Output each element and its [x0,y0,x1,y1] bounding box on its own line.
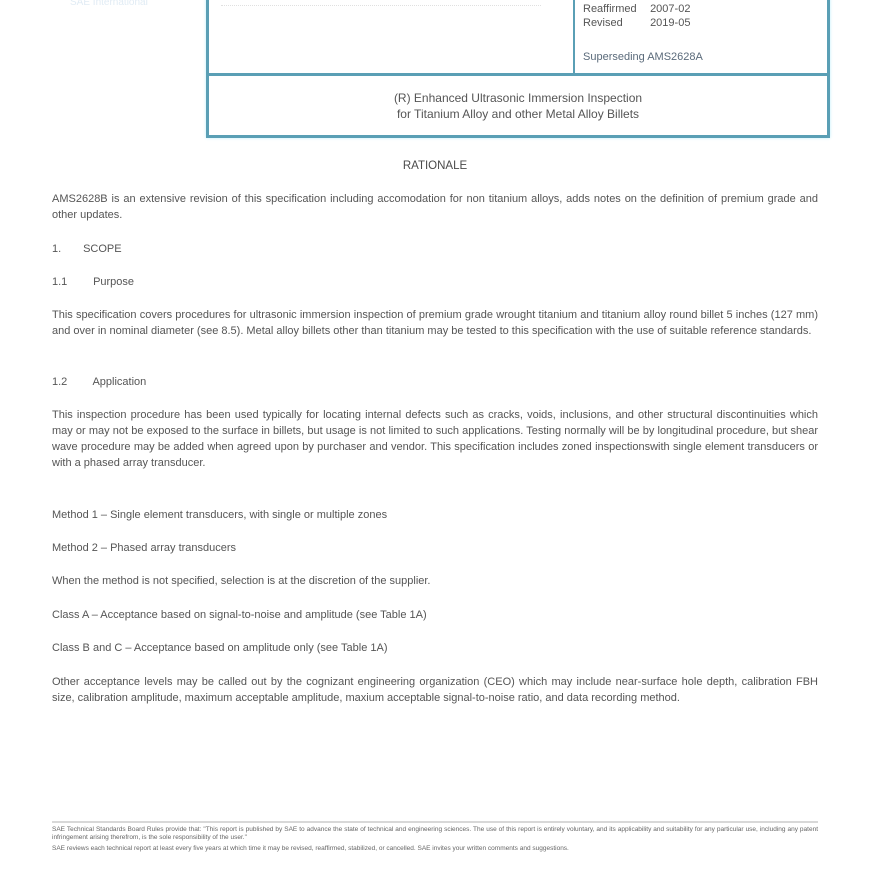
purpose-text: This specification covers procedures for… [52,307,818,339]
other-acceptance-text: Other acceptance levels may be called ou… [52,674,818,706]
method-2-text: Method 2 – Phased array transducers [52,540,818,556]
section-number: 1.2 [52,374,90,390]
header-faint-text [221,0,541,6]
rationale-heading: RATIONALE [0,160,870,172]
title-line-2: for Titanium Alloy and other Metal Alloy… [209,106,827,122]
document-header-box: Reaffirmed 2007-02 Revised 2019-05 Super… [206,0,830,138]
date-value: 2019-05 [650,17,690,29]
footer-disclaimer: SAE Technical Standards Board Rules prov… [52,826,818,842]
class-bc-text: Class B and C – Acceptance based on ampl… [52,640,818,656]
section-title: SCOPE [83,243,122,255]
section-number: 1. [52,241,80,257]
title-line-1: (R) Enhanced Ultrasonic Immersion Inspec… [209,90,827,106]
header-top-section: Reaffirmed 2007-02 Revised 2019-05 Super… [209,0,827,76]
method-note-text: When the method is not specified, select… [52,573,818,589]
section-title: Purpose [93,276,134,288]
footer-review-note: SAE reviews each technical report at lea… [52,845,818,853]
date-row-revised: Revised 2019-05 [583,17,690,29]
date-row-reaffirmed: Reaffirmed 2007-02 [583,3,690,15]
section-scope-heading: 1. SCOPE [52,241,122,257]
section-title: Application [92,376,146,388]
document-footer: SAE Technical Standards Board Rules prov… [52,826,818,856]
document-title: (R) Enhanced Ultrasonic Immersion Inspec… [209,76,827,136]
application-text: This inspection procedure has been used … [52,407,818,471]
class-a-text: Class A – Acceptance based on signal-to-… [52,607,818,623]
section-number: 1.1 [52,274,90,290]
footer-divider [52,821,818,823]
section-application-heading: 1.2 Application [52,374,146,390]
superseding-note: Superseding AMS2628A [583,51,703,63]
sae-logo: SAE International [70,0,180,3]
header-dates-cell: Reaffirmed 2007-02 Revised 2019-05 Super… [573,0,827,73]
method-1-text: Method 1 – Single element transducers, w… [52,507,818,523]
rationale-text: AMS2628B is an extensive revision of thi… [52,191,818,223]
date-value: 2007-02 [650,3,690,15]
section-purpose-heading: 1.1 Purpose [52,274,134,290]
date-label: Reaffirmed [583,3,647,15]
date-label: Revised [583,17,647,29]
header-left-cell [209,0,573,73]
